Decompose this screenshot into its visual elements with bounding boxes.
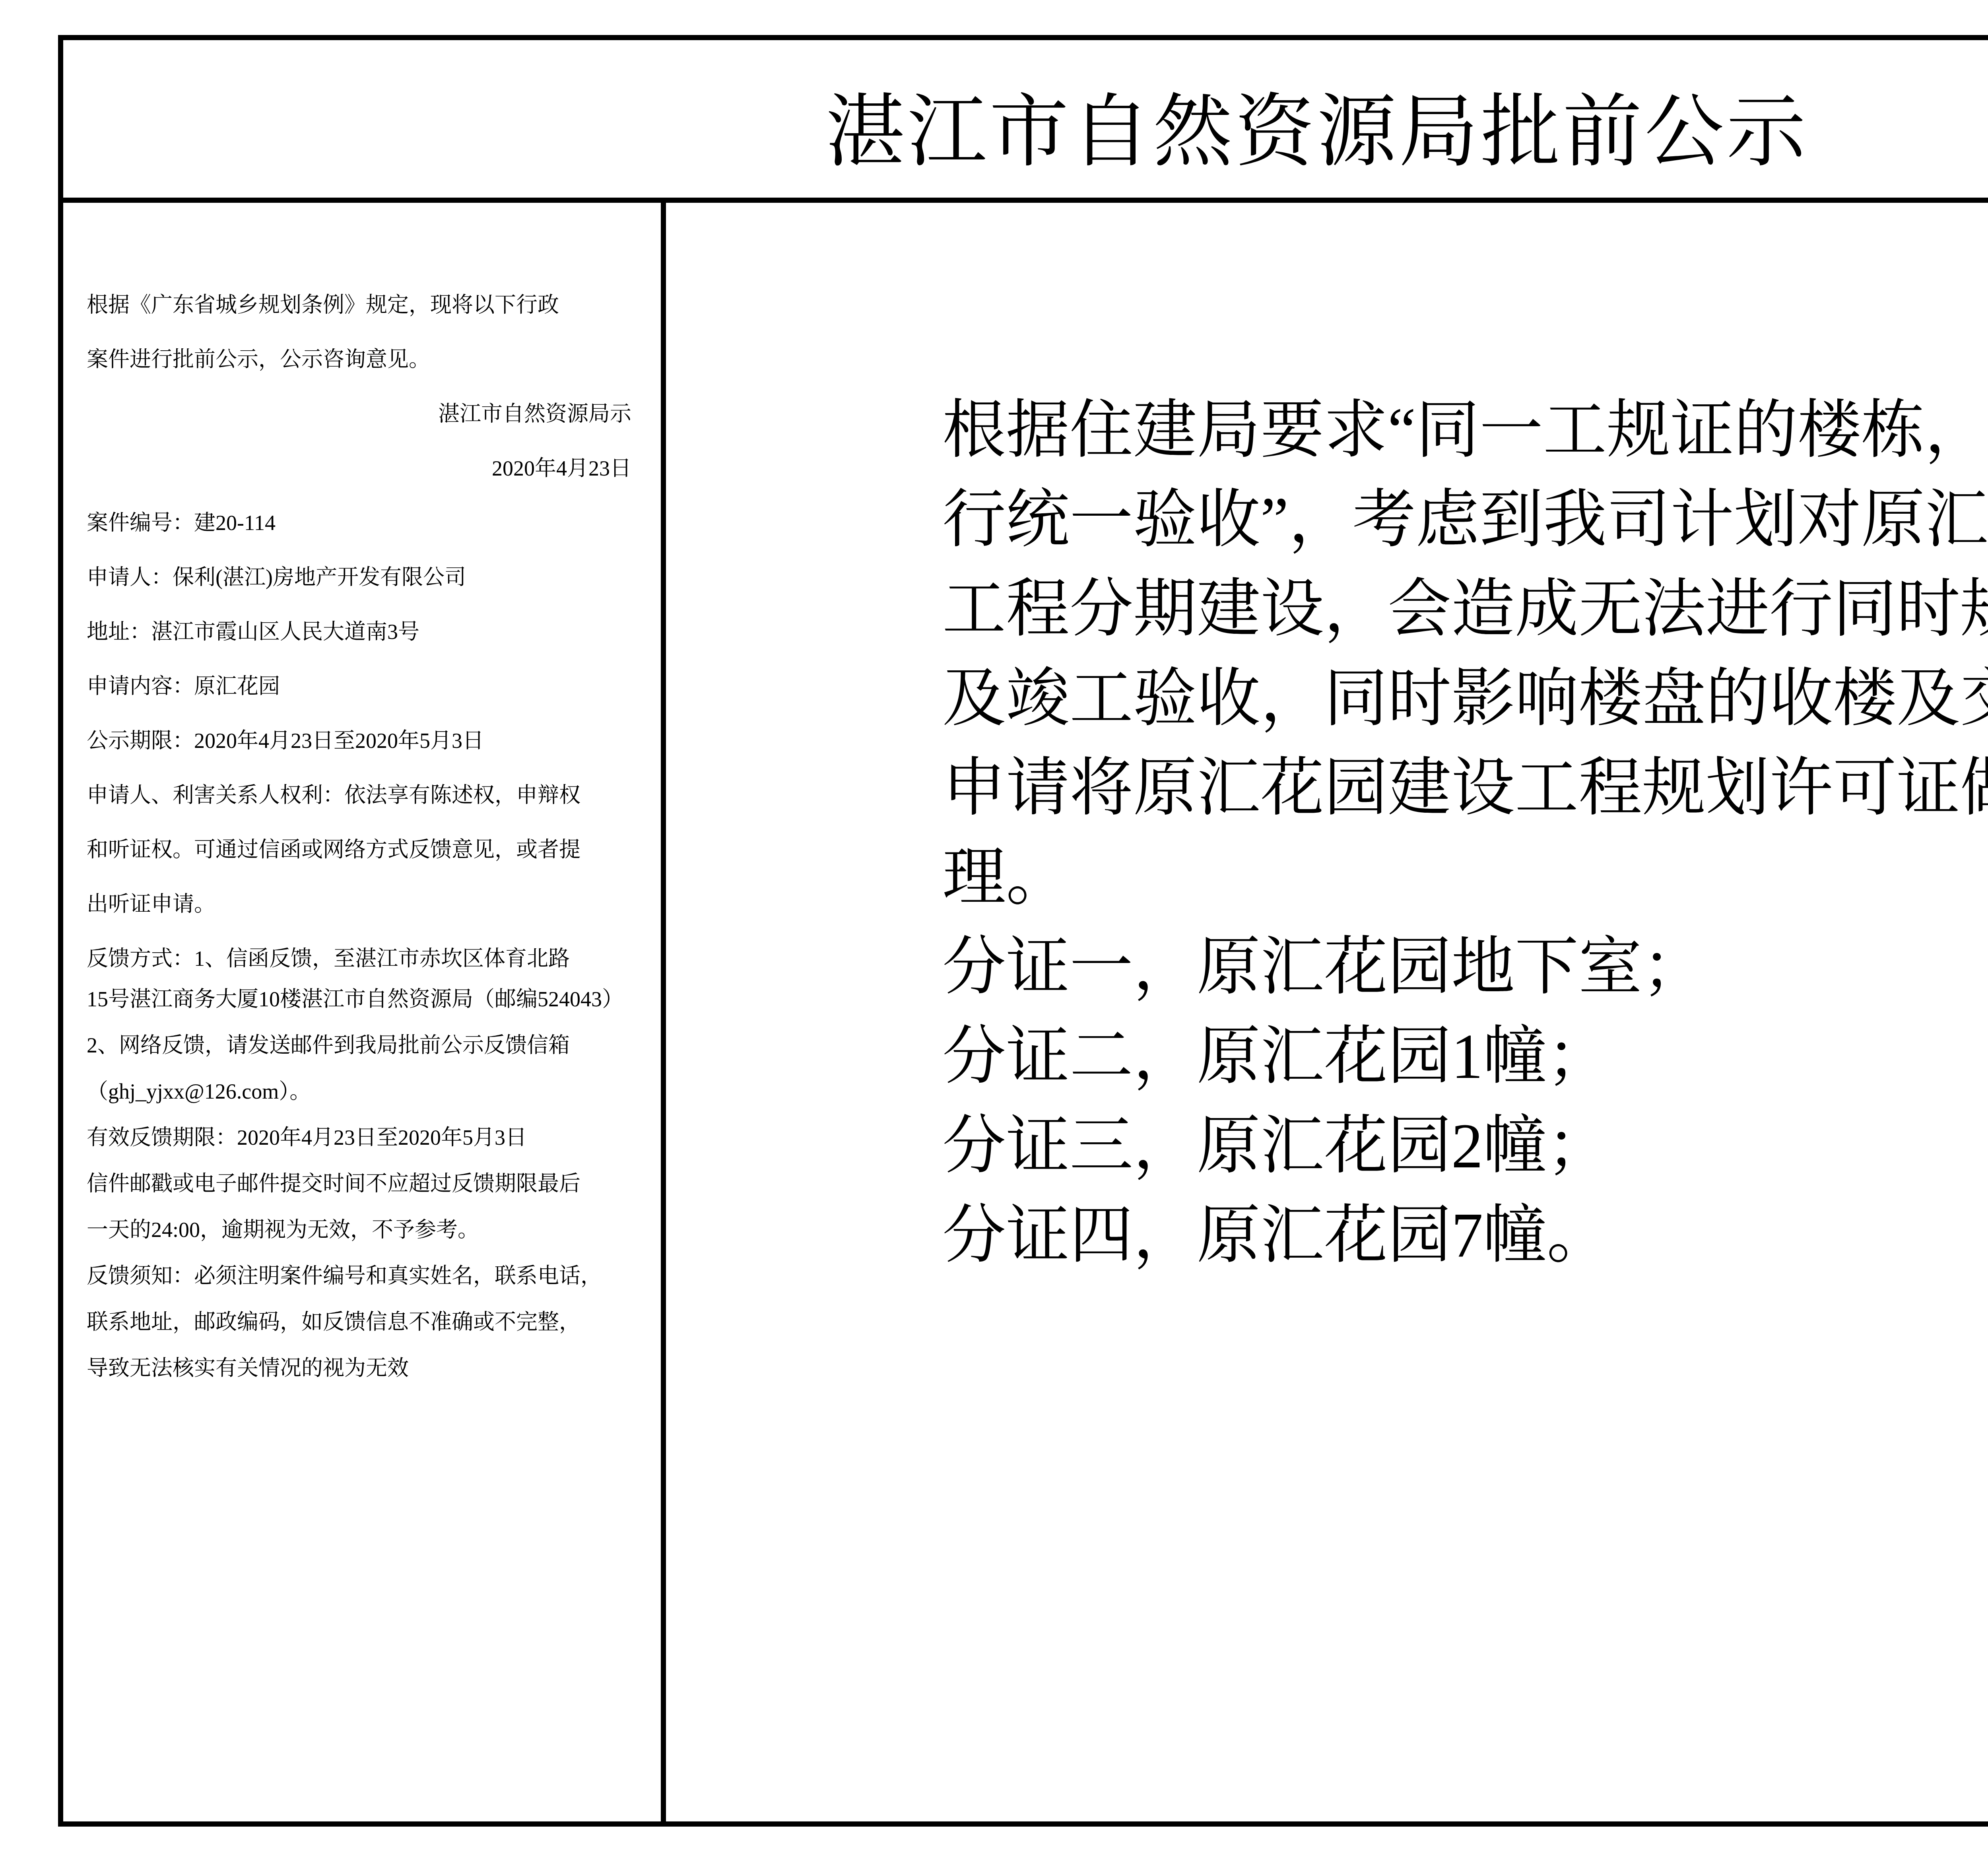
main-text-line: 工程分期建设，会造成无法进行同时规划验收 — [942, 565, 1988, 654]
sidebar-feedback-notes-line: 反馈须知：必须注明案件编号和真实姓名，联系电话， — [87, 1253, 631, 1299]
main-cert-line-3: 分证三，原汇花园2幢； — [942, 1101, 1988, 1191]
sidebar-valid-period-line: 有效反馈期限：2020年4月23日至2020年5月3日 — [87, 1114, 631, 1161]
main-cert-line-2: 分证二，原汇花园1幢； — [942, 1012, 1988, 1101]
sidebar-feedback-email-line: （ghj_yjxx@126.com）。 — [87, 1068, 631, 1114]
notice-page: 湛江市自然资源局批前公示 根据《广东省城乡规划条例》规定，现将以下行政 案件进行… — [0, 0, 1988, 1860]
sidebar-applicant-line: 申请人：保利(湛江)房地产开发有限公司 — [87, 550, 631, 605]
sidebar-line: 根据《广东省城乡规划条例》规定，现将以下行政 — [87, 278, 631, 332]
sidebar-case-number-line: 案件编号：建20-114 — [87, 496, 631, 550]
sidebar-feedback-notes-line: 联系地址，邮政编码，如反馈信息不准确或不完整， — [87, 1299, 631, 1345]
sidebar-feedback-notes-line: 导致无法核实有关情况的视为无效 — [87, 1345, 631, 1391]
sidebar-rights-line: 出听证申请。 — [87, 877, 631, 932]
main-text-line: 申请将原汇花园建设工程规划许可证做分证处 — [942, 744, 1988, 833]
column-divider — [661, 203, 666, 1821]
sidebar-rights-line: 申请人、利害关系人权利：依法享有陈述权，申辩权 — [87, 768, 631, 823]
sidebar-feedback-address-line: 15号湛江商务大厦10楼湛江市自然资源局（邮编524043） — [87, 976, 631, 1022]
notice-main-content: 根据住建局要求“同一工规证的楼栋，必须进 行统一验收”，考虑到我司计划对原汇花园… — [942, 386, 1988, 1280]
sidebar-line: 案件进行批前公示，公示咨询意见。 — [87, 332, 631, 387]
notice-title-band: 湛江市自然资源局批前公示 — [63, 40, 1988, 203]
sidebar-network-feedback-line: 2、网络反馈，请发送邮件到我局批前公示反馈信箱 — [87, 1022, 631, 1068]
sidebar-publicity-period-line: 公示期限：2020年4月23日至2020年5月3日 — [87, 714, 631, 768]
main-cert-line-1: 分证一，原汇花园地下室； — [942, 922, 1988, 1012]
sidebar-application-content-line: 申请内容：原汇花园 — [87, 659, 631, 714]
sidebar-detail-block: 15号湛江商务大厦10楼湛江市自然资源局（邮编524043） 2、网络反馈，请发… — [87, 976, 631, 1391]
sidebar-issuer-line: 湛江市自然资源局示 — [87, 387, 631, 441]
main-text-line: 根据住建局要求“同一工规证的楼栋，必须进 — [942, 386, 1988, 475]
sidebar-date-line: 2020年4月23日 — [87, 441, 631, 496]
sidebar-address-line: 地址：湛江市霞山区人民大道南3号 — [87, 605, 631, 659]
sidebar-intro-block: 根据《广东省城乡规划条例》规定，现将以下行政 案件进行批前公示，公示咨询意见。 … — [87, 278, 631, 986]
main-text-line: 及竣工验收，同时影响楼盘的收楼及交付，现 — [942, 654, 1988, 744]
sidebar-deadline-line: 信件邮戳或电子邮件提交时间不应超过反馈期限最后 — [87, 1161, 631, 1207]
main-cert-line-4: 分证四，原汇花园7幢。 — [942, 1191, 1988, 1280]
sidebar-rights-line: 和听证权。可通过信函或网络方式反馈意见，或者提 — [87, 823, 631, 877]
sidebar-deadline-line: 一天的24:00，逾期视为无效，不予参考。 — [87, 1207, 631, 1253]
main-text-line: 行统一验收”，考虑到我司计划对原汇花园项目 — [942, 475, 1988, 565]
page-title: 湛江市自然资源局批前公示 — [825, 56, 1808, 182]
main-text-line: 理。 — [942, 833, 1988, 922]
